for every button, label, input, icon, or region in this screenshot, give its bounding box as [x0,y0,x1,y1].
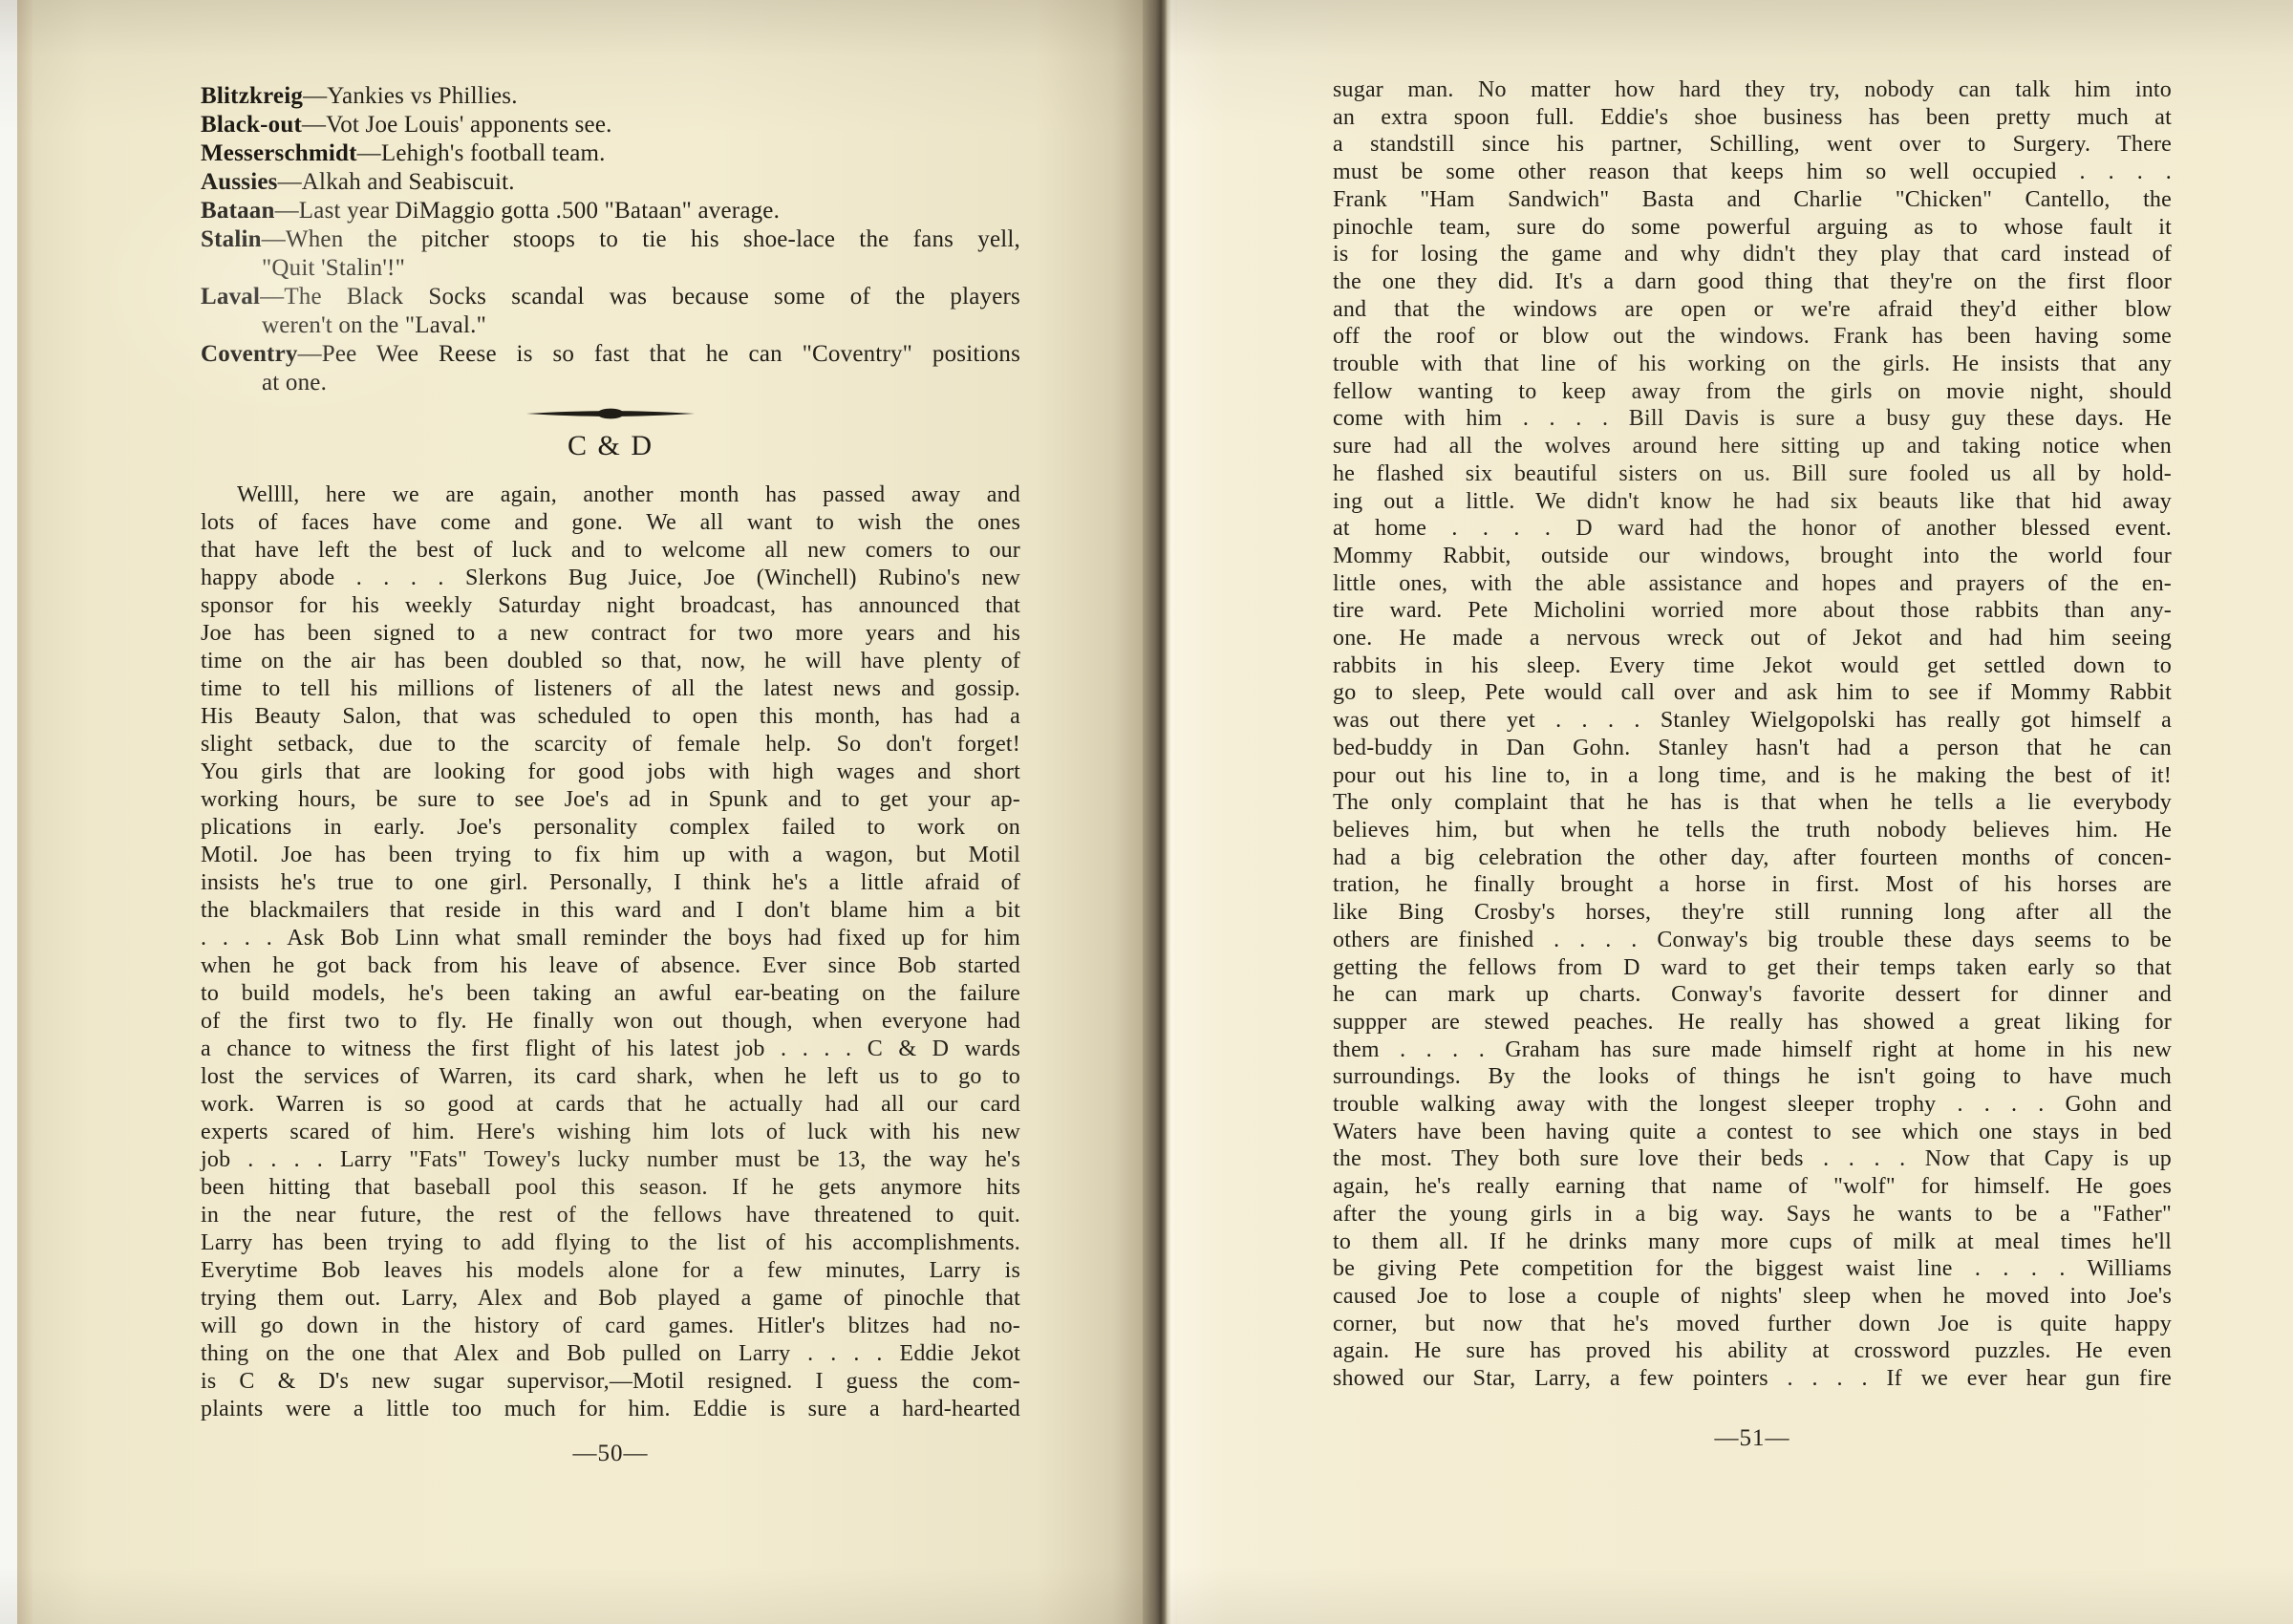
text-line: that have left the best of luck and to w… [201,537,1020,565]
definition-entry: Messerschmidt—Lehigh's football team. [201,139,1020,168]
page-fore-edge [17,0,32,1624]
text-line: corner, but now that he's moved further … [1333,1311,2172,1338]
definition-term: Laval [201,284,260,310]
text-line: Waters have been having quite a contest … [1333,1119,2172,1146]
text-line: . . . . Ask Bob Linn what small reminder… [201,925,1020,952]
text-line: sure had all the wolves around here sitt… [1333,433,2172,460]
text-line: others are finished . . . . Conway's big… [1333,927,2172,954]
text-line: believes him, but when he tells the trut… [1333,817,2172,844]
page-number-left: —50— [201,1441,1020,1467]
book-gutter-shadow [1143,0,1177,1624]
definition-text: Black-out—Vot Joe Louis' apponents see. [201,111,1020,139]
text-line: at home . . . . D ward had the honor of … [1333,515,2172,543]
text-line: he flashed six beautiful sisters on us. … [1333,460,2172,488]
text-line: and that the windows are open or we're a… [1333,296,2172,324]
text-line: a standstill since his partner, Schillin… [1333,131,2172,159]
definition-term: Blitzkreig [201,83,303,109]
text-line: the one they did. It's a darn good thing… [1333,268,2172,296]
definition-text: Aussies—Alkah and Seabiscuit. [201,168,1020,197]
text-line: experts scared of him. Here's wishing hi… [201,1119,1020,1146]
text-line: he can mark up charts. Conway's favorite… [1333,981,2172,1009]
text-line: to them all. If he drinks many more cups… [1333,1229,2172,1256]
text-line: suppper are stewed peaches. He really ha… [1333,1009,2172,1036]
text-line: time on the air has been doubled so that… [201,648,1020,675]
text-line: sugar man. No matter how hard they try, … [1333,76,2172,104]
text-line: Everytime Bob leaves his models alone fo… [201,1257,1020,1285]
definition-continuation: weren't on the "Laval." [201,311,1020,340]
text-line: of the first two to fly. He finally won … [201,1008,1020,1036]
text-line: trying them out. Larry, Alex and Bob pla… [201,1285,1020,1313]
definition-term: Black-out [201,112,302,138]
text-line: trouble walking away with the longest sl… [1333,1091,2172,1119]
text-line: to build models, he's been taking an awf… [201,980,1020,1008]
text-line: like Bing Crosby's horses, they're still… [1333,899,2172,927]
text-line: Larry has been trying to add flying to t… [201,1229,1020,1257]
definition-text: Coventry—Pee Wee Reese is so fast that h… [201,340,1020,369]
text-line: work. Warren is so good at cards that he… [201,1091,1020,1119]
text-line: insists he's true to one girl. Personall… [201,869,1020,897]
page-right-content: sugar man. No matter how hard they try, … [1333,76,2172,1393]
text-line: been hitting that baseball pool this sea… [201,1174,1020,1202]
text-line: rabbits in his sleep. Every time Jekot w… [1333,652,2172,680]
section-divider-ornament [201,407,1020,420]
text-line: lots of faces have come and gone. We all… [201,509,1020,537]
text-line: plaints were a little too much for him. … [201,1396,1020,1423]
definition-text: Blitzkreig—Yankies vs Phillies. [201,82,1020,111]
text-line: pour out his line to, in a long time, an… [1333,762,2172,790]
definition-text: Laval—The Black Socks scandal was becaus… [201,283,1020,311]
page-number-right: —51— [1333,1425,2172,1452]
text-line: again, he's really earning that name of … [1333,1173,2172,1201]
text-line: is for losing the game and why didn't th… [1333,241,2172,268]
text-line: fellow wanting to keep away from the gir… [1333,378,2172,406]
definition-entry: Bataan—Last year DiMaggio gotta .500 "Ba… [201,197,1020,225]
text-line: come with him . . . . Bill Davis is sure… [1333,405,2172,433]
text-line: off the roof or blow out the windows. Fr… [1333,323,2172,351]
text-line: job . . . . Larry "Fats" Towey's lucky n… [201,1146,1020,1174]
text-line: Frank "Ham Sandwich" Basta and Charlie "… [1333,186,2172,214]
text-line: showed our Star, Larry, a few pointers .… [1333,1365,2172,1393]
text-line: had a big celebration the other day, aft… [1333,844,2172,872]
definition-entry: Black-out—Vot Joe Louis' apponents see. [201,111,1020,139]
text-line: Wellll, here we are again, another month… [201,481,1020,509]
text-line: sponsor for his weekly Saturday night br… [201,592,1020,620]
scanner-background-strip [0,0,17,1624]
text-line: His Beauty Salon, that was scheduled to … [201,703,1020,731]
text-line: Mommy Rabbit, outside our windows, broug… [1333,543,2172,570]
definition-entry: Aussies—Alkah and Seabiscuit. [201,168,1020,197]
text-line: getting the fellows from D ward to get t… [1333,954,2172,982]
book-scan: Blitzkreig—Yankies vs Phillies.Black-out… [0,0,2293,1624]
text-line: tration, he finally brought a horse in f… [1333,871,2172,899]
text-line: lost the services of Warren, its card sh… [201,1063,1020,1091]
definition-term: Messerschmidt [201,140,357,166]
text-line: the most. They both sure love their beds… [1333,1145,2172,1173]
text-line: must be some other reason that keeps him… [1333,159,2172,186]
text-line: Motil. Joe has been trying to fix him up… [201,842,1020,869]
text-line: them . . . . Graham has sure made himsel… [1333,1036,2172,1064]
text-line: be giving Pete competition for the bigge… [1333,1255,2172,1283]
text-line: plications in early. Joe's personality c… [201,814,1020,842]
text-line: when he got back from his leave of absen… [201,952,1020,980]
text-line: thing on the one that Alex and Bob pulle… [201,1340,1020,1368]
tapered-rule-icon [525,407,696,420]
text-line: trouble with that line of his working on… [1333,351,2172,378]
definition-text: Messerschmidt—Lehigh's football team. [201,139,1020,168]
text-line: pinochle team, sure do some powerful arg… [1333,214,2172,242]
text-line: in the near future, the rest of the fell… [201,1202,1020,1229]
text-line: Joe has been signed to a new contract fo… [201,620,1020,648]
text-line: an extra spoon full. Eddie's shoe busine… [1333,104,2172,132]
text-line: The only complaint that he has is that w… [1333,789,2172,817]
definition-term: Aussies [201,169,278,195]
text-line: surroundings. By the looks of things he … [1333,1063,2172,1091]
definition-continuation: "Quit 'Stalin'!" [201,254,1020,283]
text-line: time to tell his millions of listeners o… [201,675,1020,703]
definition-term: Stalin [201,226,262,252]
page-left: Blitzkreig—Yankies vs Phillies.Black-out… [32,0,1143,1624]
definitions-list: Blitzkreig—Yankies vs Phillies.Black-out… [201,82,1020,397]
definition-term: Coventry [201,341,298,367]
text-line: the blackmailers that reside in this war… [201,897,1020,925]
text-line: happy abode . . . . Slerkons Bug Juice, … [201,565,1020,592]
article-text-left: Wellll, here we are again, another month… [201,481,1020,1423]
text-line: go to sleep, Pete would call over and as… [1333,679,2172,707]
text-line: was out there yet . . . . Stanley Wielgo… [1333,707,2172,735]
text-line: slight setback, due to the scarcity of f… [201,731,1020,759]
text-line: bed-buddy in Dan Gohn. Stanley hasn't ha… [1333,735,2172,762]
definition-entry: Stalin—When the pitcher stoops to tie hi… [201,225,1020,283]
definition-continuation: at one. [201,369,1020,397]
text-line: working hours, be sure to see Joe's ad i… [201,786,1020,814]
text-line: tire ward. Pete Micholini worried more a… [1333,597,2172,625]
page-left-content: Blitzkreig—Yankies vs Phillies.Black-out… [201,82,1020,1423]
definition-entry: Laval—The Black Socks scandal was becaus… [201,283,1020,340]
section-header: C & D [201,430,1020,468]
text-line: after the young girls in a big way. Says… [1333,1201,2172,1229]
text-line: again. He sure has proved his ability at… [1333,1337,2172,1365]
text-line: is C & D's new sugar supervisor,—Motil r… [201,1368,1020,1396]
article-text-right: sugar man. No matter how hard they try, … [1333,76,2172,1393]
definition-text: Stalin—When the pitcher stoops to tie hi… [201,225,1020,254]
definition-term: Bataan [201,198,275,224]
text-line: one. He made a nervous wreck out of Jeko… [1333,625,2172,652]
text-line: You girls that are looking for good jobs… [201,759,1020,786]
text-line: caused Joe to lose a couple of nights' s… [1333,1283,2172,1311]
text-line: will go down in the history of card game… [201,1313,1020,1340]
definition-entry: Coventry—Pee Wee Reese is so fast that h… [201,340,1020,397]
text-line: a chance to witness the first flight of … [201,1036,1020,1063]
text-line: ing out a little. We didn't know he had … [1333,488,2172,516]
definition-entry: Blitzkreig—Yankies vs Phillies. [201,82,1020,111]
text-line: little ones, with the able assistance an… [1333,570,2172,598]
definition-text: Bataan—Last year DiMaggio gotta .500 "Ba… [201,197,1020,225]
page-right: sugar man. No matter how hard they try, … [1177,0,2293,1624]
